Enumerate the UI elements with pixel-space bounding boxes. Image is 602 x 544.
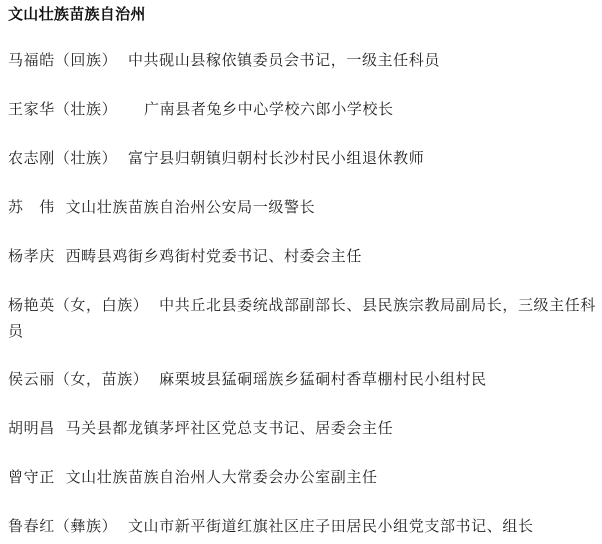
person-title: 富宁县归朝镇归朝村长沙村民小组退休教师	[128, 149, 424, 167]
list-item: 侯云丽（女，苗族） 麻栗坡县猛硐瑶族乡猛硐村香草棚村民小组村民	[8, 366, 598, 392]
spacer	[117, 51, 128, 69]
list-item: 苏 伟 文山壮族苗族自治州公安局一级警长	[8, 194, 598, 220]
person-title: 麻栗坡县猛硐瑶族乡猛硐村香草棚村民小组村民	[159, 370, 487, 388]
spacer	[148, 370, 159, 388]
section-heading: 文山壮族苗族自治州	[8, 3, 146, 25]
person-title: 中共砚山县稼依镇委员会书记，一级主任科员	[128, 51, 440, 69]
person-name: 侯云丽（女，苗族）	[8, 370, 148, 388]
list-item: 杨艳英（女，白族） 中共丘北县委统战部副部长、县民族宗教局副局长，三级主任科员	[8, 292, 598, 344]
person-name: 杨艳英（女，白族）	[8, 296, 148, 314]
person-title: 西畴县鸡街乡鸡街村党委书记、村委会主任	[66, 247, 362, 265]
spacer	[55, 198, 66, 216]
person-name: 杨孝庆	[8, 247, 55, 265]
spacer	[148, 296, 159, 314]
person-name: 马福皓（回族）	[8, 51, 117, 69]
list-item: 鲁春红（彝族） 文山市新平街道红旗社区庄子田居民小组党支部书记、组长	[8, 513, 598, 539]
person-name: 王家华（壮族）	[8, 100, 117, 118]
list-item: 杨孝庆 西畴县鸡街乡鸡街村党委书记、村委会主任	[8, 243, 598, 269]
person-title: 文山壮族苗族自治州人大常委会办公室副主任	[66, 468, 378, 486]
list-item: 农志刚（壮族） 富宁县归朝镇归朝村长沙村民小组退休教师	[8, 145, 598, 171]
person-title: 广南县者兔乡中心学校六郎小学校长	[144, 100, 394, 118]
person-name: 苏 伟	[8, 198, 55, 216]
person-name: 农志刚（壮族）	[8, 149, 117, 167]
person-name: 鲁春红（彝族）	[8, 517, 117, 535]
person-title: 马关县都龙镇茅坪社区党总支书记、居委会主任	[66, 419, 394, 437]
person-title: 文山市新平街道红旗社区庄子田居民小组党支部书记、组长	[128, 517, 534, 535]
list-item: 胡明昌 马关县都龙镇茅坪社区党总支书记、居委会主任	[8, 415, 598, 441]
spacer	[117, 100, 144, 118]
spacer	[55, 247, 66, 265]
person-title: 文山壮族苗族自治州公安局一级警长	[66, 198, 316, 216]
spacer	[117, 517, 128, 535]
spacer	[55, 468, 66, 486]
list-item: 曾守正 文山壮族苗族自治州人大常委会办公室副主任	[8, 464, 598, 490]
spacer	[55, 419, 66, 437]
list-item: 马福皓（回族） 中共砚山县稼依镇委员会书记，一级主任科员	[8, 47, 598, 73]
list-item: 王家华（壮族） 广南县者兔乡中心学校六郎小学校长	[8, 96, 598, 122]
spacer	[117, 149, 128, 167]
person-name: 胡明昌	[8, 419, 55, 437]
person-name: 曾守正	[8, 468, 55, 486]
